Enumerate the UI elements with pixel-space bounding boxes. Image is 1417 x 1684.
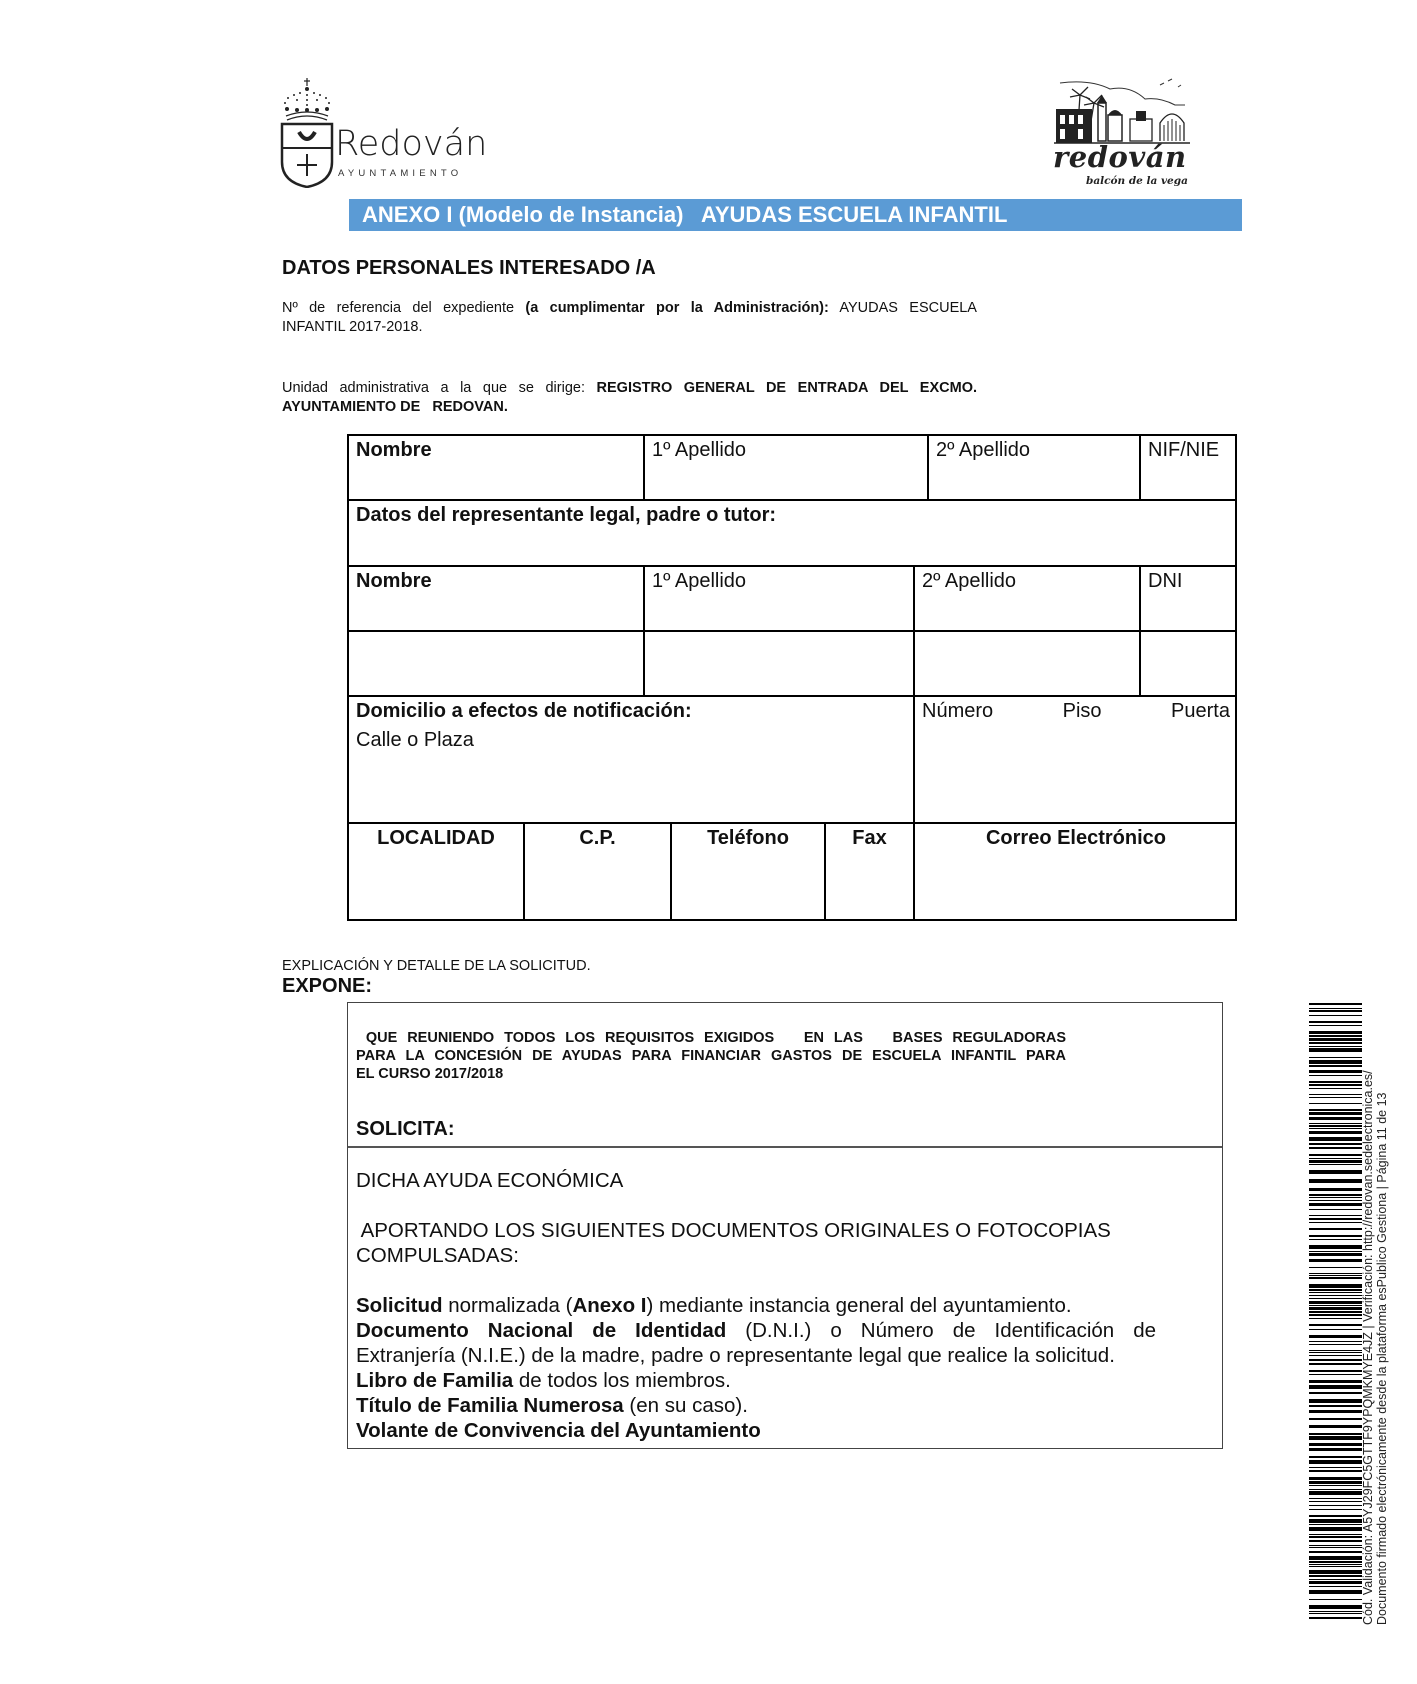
input-dni-representante[interactable] — [1139, 630, 1237, 695]
expone-label: EXPONE: — [282, 975, 372, 998]
town-logo-name: redován — [1053, 140, 1187, 174]
label-numero: Número — [922, 700, 993, 723]
label-piso: Piso — [1063, 700, 1102, 723]
aportando-line1: APORTANDO LOS SIGUIENTES DOCUMENTOS ORIG… — [356, 1218, 1156, 1243]
administrative-unit-text: Unidad administrativa a la que se dirige… — [282, 379, 977, 417]
input-apellido2-representante[interactable] — [913, 630, 1139, 695]
explicacion-label: EXPLICACIÓN Y DETALLE DE LA SOLICITUD. — [282, 958, 591, 974]
validation-code: Cód. Validación: A5YJ29FC5GTTF9YPQMKMYE4… — [1361, 1070, 1375, 1625]
label-fax: Fax — [852, 827, 886, 849]
field-dni-representante[interactable]: DNI — [1139, 565, 1237, 630]
field-nombre-representante[interactable]: Nombre — [347, 565, 643, 630]
town-skyline-icon — [1050, 75, 1200, 145]
label-nombre: Nombre — [356, 439, 432, 461]
field-telefono[interactable]: Teléfono — [670, 822, 824, 921]
ayuntamiento-subtitle: AYUNTAMIENTO — [338, 168, 462, 179]
label-telefono: Teléfono — [707, 827, 789, 849]
label-domicilio: Domicilio a efectos de notificación: — [356, 700, 906, 723]
label-correo: Correo Electrónico — [986, 827, 1166, 849]
section-title-datos: DATOS PERSONALES INTERESADO /A — [282, 257, 656, 280]
validation-text: Cód. Validación: A5YJ29FC5GTTF9YPQMKMYE4… — [1361, 1070, 1389, 1625]
solicita-body: DICHA AYUDA ECONÓMICA APORTANDO LOS SIGU… — [356, 1168, 1156, 1443]
field-apellido2-interesado[interactable]: 2º Apellido — [927, 434, 1139, 499]
representante-section: Datos del representante legal, padre o t… — [347, 499, 1237, 565]
expone-solicita-box: QUE REUNIENDO TODOS LOS REQUISITOS EXIGI… — [347, 1002, 1223, 1449]
coat-of-arms-icon — [280, 78, 334, 188]
field-apellido1-representante[interactable]: 1º Apellido — [643, 565, 913, 630]
label-localidad: LOCALIDAD — [377, 827, 495, 849]
field-apellido1-interesado[interactable]: 1º Apellido — [643, 434, 927, 499]
field-fax[interactable]: Fax — [824, 822, 913, 921]
divider — [348, 1146, 1222, 1148]
unidad-prefix: Unidad administrativa a la que se dirige… — [282, 380, 585, 396]
barcode-icon — [1309, 1003, 1362, 1623]
expone-line: EL CURSO 2017/2018 — [356, 1065, 1066, 1083]
doc-libro-familia: Libro de Familia de todos los miembros. — [356, 1368, 1156, 1393]
label-apellido1: 1º Apellido — [652, 439, 746, 461]
field-nombre-interesado[interactable]: Nombre — [347, 434, 643, 499]
input-nombre-representante[interactable] — [347, 630, 643, 695]
doc-familia-numerosa: Título de Familia Numerosa (en su caso). — [356, 1393, 1156, 1418]
solicita-text: DICHA AYUDA ECONÓMICA — [356, 1168, 1156, 1193]
expone-text: QUE REUNIENDO TODOS LOS REQUISITOS EXIGI… — [356, 1029, 1066, 1083]
ayuntamiento-name: Redován — [335, 124, 487, 164]
label-cp: C.P. — [579, 827, 615, 849]
town-logo: redován balcón de la vega — [1050, 75, 1200, 190]
expone-line: QUE REUNIENDO TODOS LOS REQUISITOS EXIGI… — [356, 1029, 1066, 1047]
solicita-label: SOLICITA: — [356, 1118, 455, 1141]
label-representante: Datos del representante legal, padre o t… — [356, 504, 776, 526]
unidad-line2: AYUNTAMIENTO DE REDOVAN. — [282, 398, 977, 417]
field-correo[interactable]: Correo Electrónico — [913, 822, 1237, 921]
field-numero-piso-puerta[interactable]: Número Piso Puerta — [913, 695, 1237, 822]
unidad-bold: REGISTRO GENERAL DE ENTRADA DEL EXCMO. — [597, 380, 977, 396]
field-cp[interactable]: C.P. — [523, 822, 670, 921]
label-nombre-rep: Nombre — [356, 570, 432, 592]
doc-volante: Volante de Convivencia del Ayuntamiento — [356, 1418, 1156, 1443]
field-apellido2-representante[interactable]: 2º Apellido — [913, 565, 1139, 630]
label-calle: Calle o Plaza — [356, 729, 906, 752]
ref-bold: (a cumplimentar por la Administración): — [525, 300, 828, 316]
ayuntamiento-logo: Redován AYUNTAMIENTO — [280, 78, 480, 188]
label-dni-rep: DNI — [1148, 570, 1182, 592]
town-logo-tagline: balcón de la vega — [1086, 175, 1188, 187]
label-nif: NIF/NIE — [1148, 439, 1219, 461]
field-domicilio[interactable]: Domicilio a efectos de notificación: Cal… — [347, 695, 913, 822]
expone-line: PARA LA CONCESIÓN DE AYUDAS PARA FINANCI… — [356, 1047, 1066, 1065]
field-nif-interesado[interactable]: NIF/NIE — [1139, 434, 1237, 499]
ref-prefix: Nº de referencia del expediente — [282, 300, 514, 316]
ref-suffix: AYUDAS ESCUELA — [839, 300, 977, 316]
validation-signature: Documento firmado electrónicamente desde… — [1375, 1070, 1389, 1625]
doc-dni: Documento Nacional de Identidad (D.N.I.)… — [356, 1318, 1156, 1343]
document-title-banner: ANEXO I (Modelo de Instancia) AYUDAS ESC… — [349, 199, 1242, 231]
doc-solicitud: Solicitud normalizada (Anexo I) mediante… — [356, 1293, 1156, 1318]
label-apellido1-rep: 1º Apellido — [652, 570, 746, 592]
personal-data-form: Nombre 1º Apellido 2º Apellido NIF/NIE D… — [347, 434, 1237, 921]
label-apellido2: 2º Apellido — [936, 439, 1030, 461]
input-apellido1-representante[interactable] — [643, 630, 913, 695]
reference-number-text: Nº de referencia del expediente (a cumpl… — [282, 299, 977, 337]
label-apellido2-rep: 2º Apellido — [922, 570, 1016, 592]
ref-line2: INFANTIL 2017-2018. — [282, 318, 977, 337]
doc-dni-cont: Extranjería (N.I.E.) de la madre, padre … — [356, 1343, 1156, 1368]
field-localidad[interactable]: LOCALIDAD — [347, 822, 523, 921]
aportando-line2: COMPULSADAS: — [356, 1243, 1156, 1268]
label-puerta: Puerta — [1171, 700, 1230, 723]
